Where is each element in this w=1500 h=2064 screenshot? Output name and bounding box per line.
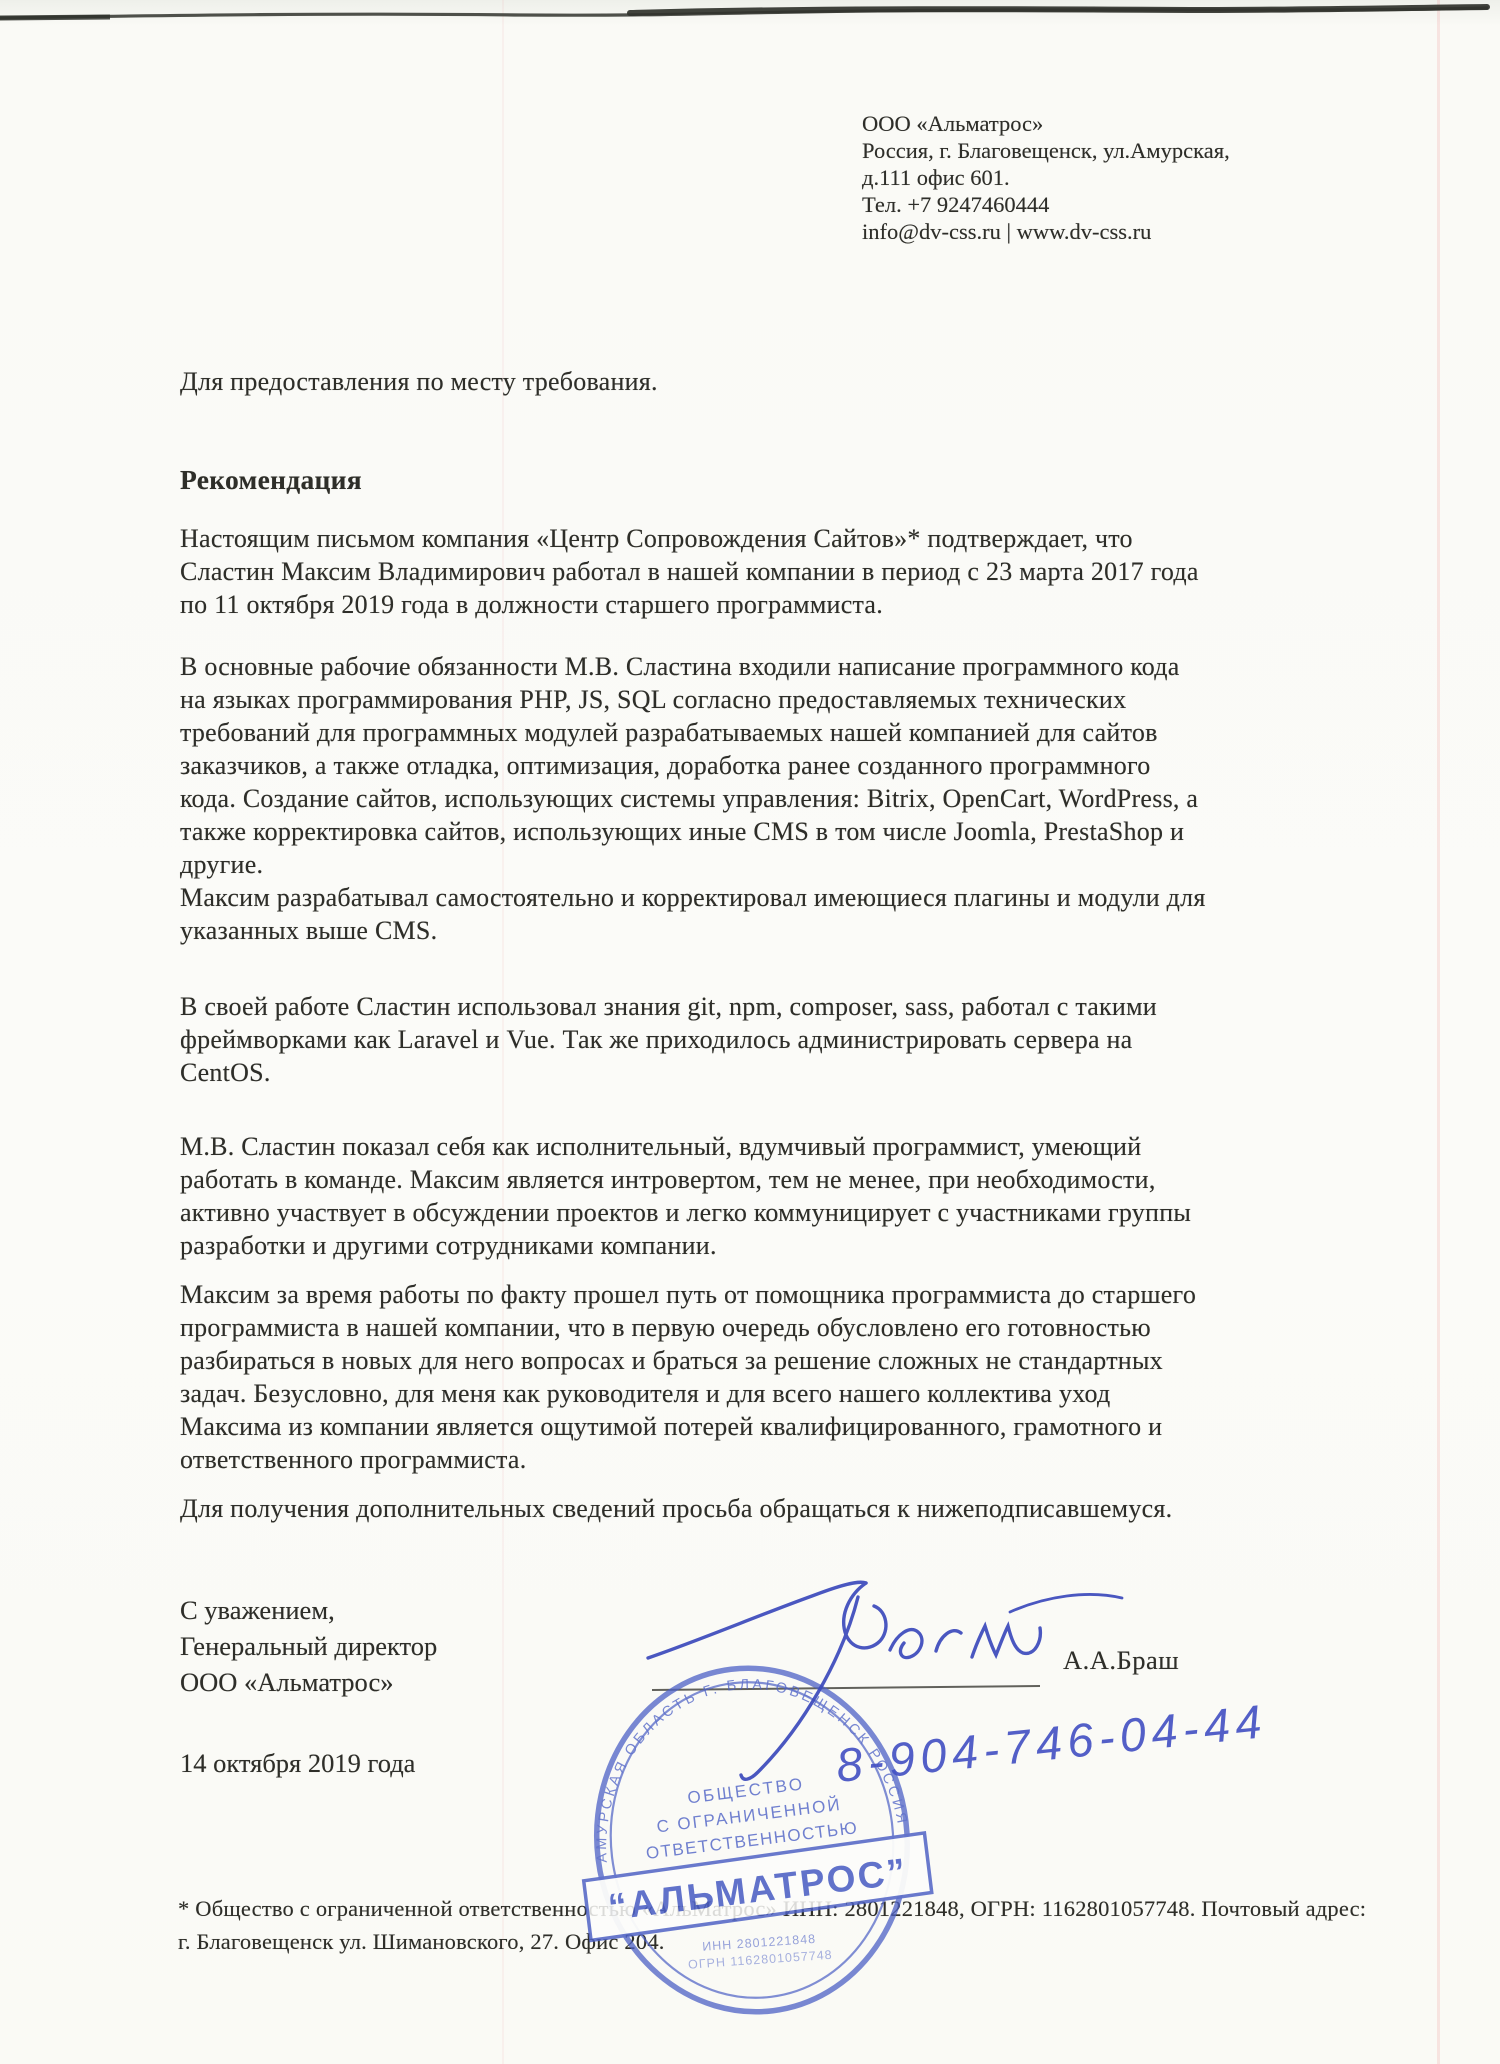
company-stamp: АМУРСКАЯ ОБЛАСТЬ Г. БЛАГОВЕЩЕНСК РОССИЯ … bbox=[560, 1648, 943, 2031]
stamp-line1: ОБЩЕСТВО bbox=[686, 1774, 805, 1807]
paragraph-skills: В своей работе Сластин использовал знани… bbox=[180, 990, 1425, 1089]
paragraph-contact: Для получения дополнительных сведений пр… bbox=[180, 1492, 1425, 1525]
letterhead-phone: Тел. +7 9247460444 bbox=[862, 191, 1342, 218]
scan-artifact-vertical-line bbox=[1437, 0, 1440, 2064]
scanned-letter-page: ООО «Альматрос» Россия, г. Благовещенск,… bbox=[0, 0, 1500, 2064]
letter-title: Рекомендация bbox=[180, 464, 362, 496]
paragraph-career: Максим за время работы по факту прошел п… bbox=[180, 1278, 1425, 1476]
letterhead-company: ООО «Альматрос» bbox=[862, 110, 1342, 137]
signature-ink bbox=[648, 1582, 1122, 1779]
letterhead-address-line2: д.111 офис 601. bbox=[862, 164, 1342, 191]
stamp-line2: С ОГРАНИЧЕННОЙ bbox=[655, 1795, 842, 1837]
paragraph-duties: В основные рабочие обязанности М.В. Слас… bbox=[180, 650, 1425, 947]
signature-underline bbox=[652, 1686, 1040, 1690]
closing-block: С уважением, Генеральный директор ООО «А… bbox=[180, 1592, 437, 1700]
handwritten-phone: 8-904-746-04-44 bbox=[834, 1694, 1270, 1792]
letterhead: ООО «Альматрос» Россия, г. Благовещенск,… bbox=[862, 110, 1342, 245]
signer-name: А.А.Браш bbox=[1063, 1645, 1179, 1676]
letterhead-address-line1: Россия, г. Благовещенск, ул.Амурская, bbox=[862, 137, 1342, 164]
stamp-outer-text: АМУРСКАЯ ОБЛАСТЬ Г. БЛАГОВЕЩЕНСК РОССИЯ bbox=[574, 1659, 910, 1865]
footnote: * Общество с ограниченной ответственност… bbox=[178, 1892, 1448, 1958]
scan-artifact-top-edge bbox=[0, 0, 1500, 44]
purpose-line: Для предоставления по месту требования. bbox=[180, 365, 1425, 398]
letterhead-web: info@dv-css.ru | www.dv-css.ru bbox=[862, 218, 1342, 245]
stamp-outer-text-path-holder: АМУРСКАЯ ОБЛАСТЬ Г. БЛАГОВЕЩЕНСК РОССИЯ bbox=[574, 1659, 910, 1865]
paragraph-personality: М.В. Сластин показал себя как исполнител… bbox=[180, 1130, 1425, 1262]
stamp-line3: ОТВЕТСТВЕННОСТЬЮ bbox=[645, 1818, 859, 1863]
paragraph-employment: Настоящим письмом компания «Центр Сопров… bbox=[180, 522, 1425, 621]
date-line: 14 октября 2019 года bbox=[180, 1748, 415, 1779]
